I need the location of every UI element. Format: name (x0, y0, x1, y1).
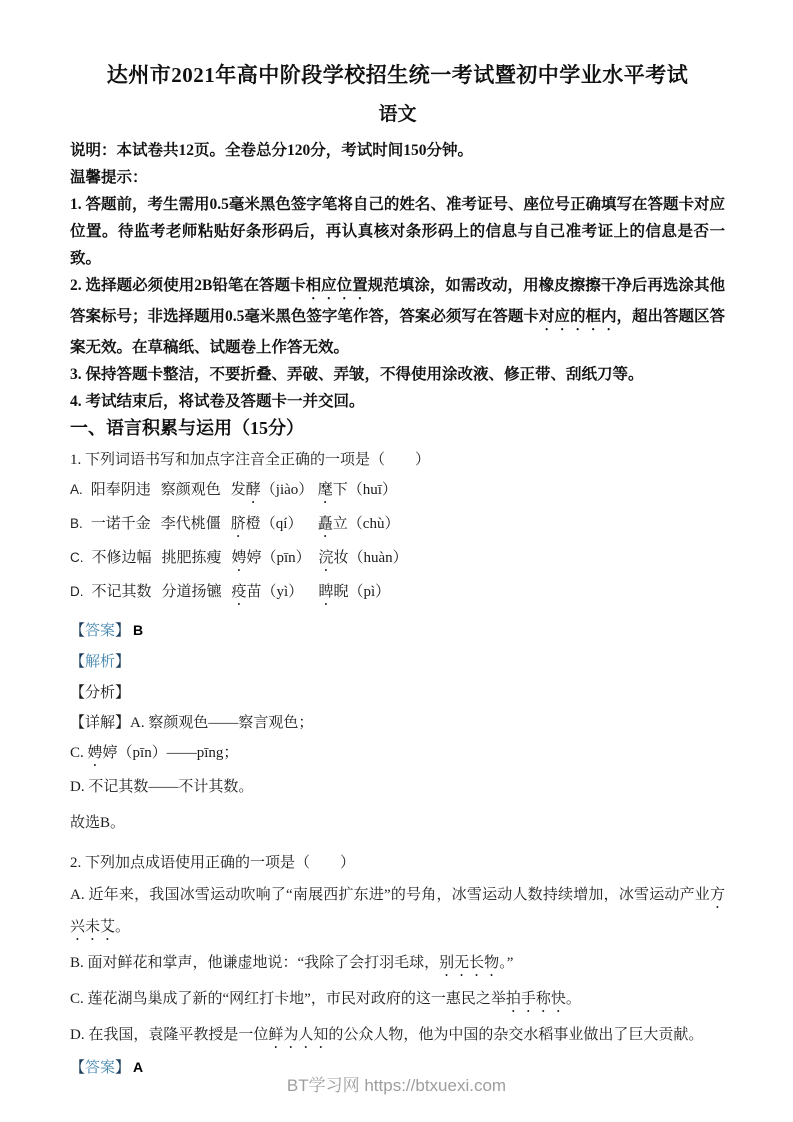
option-letter: A. (70, 477, 83, 503)
exam-subject: 语文 (70, 102, 725, 128)
right-bracket: 】 (115, 654, 130, 670)
q1-option-c: C.不修边幅挑肥拣瘦娉婷（pīn）浣妆（huàn） (70, 545, 725, 575)
exam-note: 说明：本试卷共12页。全卷总分120分，考试时间150分钟。 (70, 138, 725, 164)
option-cell: 一诺千金 (91, 511, 161, 537)
exam-title: 达州市2021年高中阶段学校招生统一考试暨初中学业水平考试 (70, 60, 725, 90)
q1-option-b: B.一诺千金李代桃僵脐橙（qí）矗立（chù） (70, 511, 725, 541)
left-bracket: 【 (70, 623, 85, 639)
option-cell: 分道扬镳 (162, 579, 232, 605)
q1-option-a: A.阳奉阴违察颜观色发酵（jiào）麾下（huī） (70, 477, 725, 507)
option-cell: 疫苗（yì） (232, 579, 319, 609)
q2-option-a: A. 近年来，我国冰雪运动吹响了“南展西扩东进”的号角，冰雪运动人数持续增加，冰… (70, 880, 725, 944)
q2-option-d: D. 在我国，袁隆平教授是一位鲜为人知的公众人物，他为中国的杂交水稻事业做出了巨… (70, 1020, 725, 1052)
option-cell: 麾下（huī） (318, 477, 397, 507)
exam-document-page: 达州市2021年高中阶段学校招生统一考试暨初中学业水平考试 语文 说明：本试卷共… (0, 0, 793, 1122)
q1-option-d: D.不记其数分道扬镳疫苗（yì）睥睨（pì） (70, 579, 725, 609)
option-cell: 挑肥拣瘦 (162, 545, 232, 571)
option-cell: 不修边幅 (92, 545, 162, 571)
q1-detail-line-1: 【详解】A. 察颜观色——察言观色； (70, 710, 725, 736)
option-cell: 发酵（jiào） (231, 477, 318, 507)
option-cell: 矗立（chù） (318, 511, 400, 541)
q1-fenxi-line: 【分析】 (70, 680, 725, 706)
q1-detail-line-3: D. 不记其数——不计其数。 (70, 774, 725, 800)
tips-heading: 温馨提示： (70, 164, 725, 191)
option-cell: 娉婷（pīn） (232, 545, 319, 575)
section-heading: 一、语言积累与运用（15分） (70, 415, 725, 441)
tip-2: 2. 选择题必须使用2B铅笔在答题卡相应位置规范填涂，如需改动，用橡皮擦擦干净后… (70, 272, 725, 361)
q2-option-b: B. 面对鲜花和掌声，他谦虚地说：“我除了会打羽毛球，别无长物。” (70, 948, 725, 980)
tip-1: 1. 答题前，考生需用0.5毫米黑色签字笔将自己的姓名、准考证号、座位号正确填写… (70, 191, 725, 272)
option-letter: C. (70, 545, 84, 571)
tip-3: 3. 保持答题卡整洁，不要折叠、弄破、弄皱，不得使用涂改液、修正带、刮纸刀等。 (70, 361, 725, 388)
option-cell: 脐橙（qí） (231, 511, 318, 541)
q1-answer-line: 【答案】B (70, 617, 725, 644)
analysis-label: 解析 (85, 654, 115, 670)
right-bracket: 】 (115, 623, 130, 639)
q2-option-c: C. 莲花湖鸟巢成了新的“网红打卡地”，市民对政府的这一惠民之举拍手称快。 (70, 984, 725, 1016)
q1-stem: 1. 下列词语书写和加点字注音全正确的一项是（ ） (70, 447, 725, 473)
q1-answer-value: B (130, 622, 143, 638)
tip-4: 4. 考试结束后，将试卷及答题卡一并交回。 (70, 388, 725, 415)
option-cell: 阳奉阴违 (91, 477, 161, 503)
option-cell: 察颜观色 (161, 477, 231, 503)
q1-conclusion: 故选B。 (70, 810, 725, 836)
option-cell: 不记其数 (92, 579, 162, 605)
option-cell: 睥睨（pì） (319, 579, 391, 609)
footer-watermark: BT学习网 https://btxuexi.com (0, 1071, 793, 1096)
q2-stem: 2. 下列加点成语使用正确的一项是（ ） (70, 850, 725, 876)
option-letter: D. (70, 579, 84, 605)
option-cell: 李代桃僵 (161, 511, 231, 537)
option-cell: 浣妆（huàn） (319, 545, 408, 575)
q1-analysis-line: 【解析】 (70, 649, 725, 675)
left-bracket: 【 (70, 654, 85, 670)
answer-label: 答案 (85, 623, 115, 639)
q1-detail-line-2: C. 娉婷（pīn）——pīng； (70, 740, 725, 770)
option-letter: B. (70, 511, 83, 537)
